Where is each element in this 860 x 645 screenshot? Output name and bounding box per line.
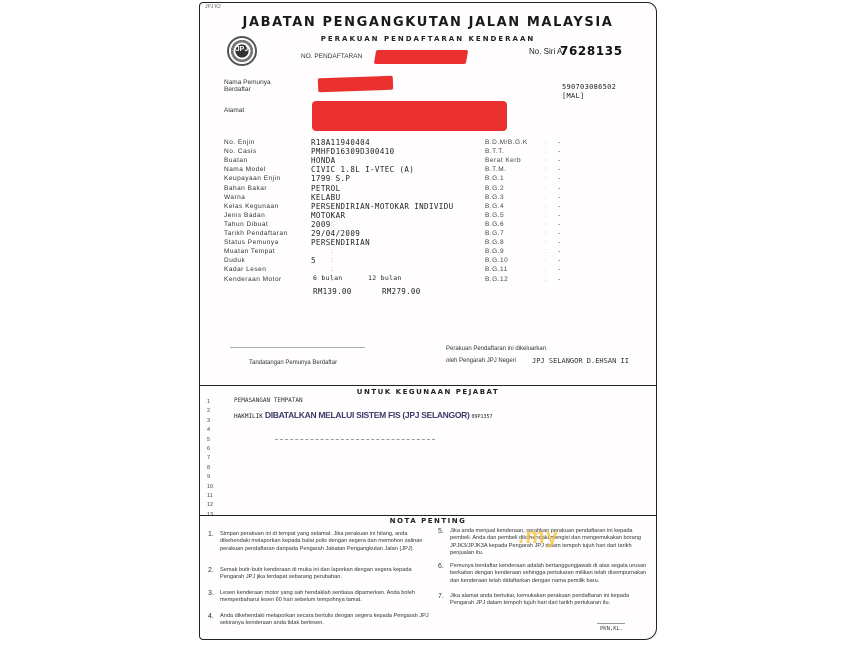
redacted-registration-number [374, 50, 468, 64]
nota-item-number: 6. [438, 563, 444, 570]
office-use-line-2: HAKMILIK DIBATALKAN MELALUI SISTEM FIS (… [234, 410, 493, 420]
weight-label: Berat Kerb [485, 157, 521, 164]
field-label: No. Casis [224, 148, 257, 155]
weight-field-row: B.G.2:- [485, 185, 504, 194]
nota-item-text: Lesen kenderaan motor yang sah hendaklah… [220, 590, 415, 603]
field-value: 29/04/2009 [311, 229, 360, 238]
weight-colon: : [545, 175, 547, 182]
vehicle-field-row: Muatan Tempat: [224, 248, 275, 257]
vehicle-field-row: Tarikh Pendaftaran:29/04/2009 [224, 230, 288, 239]
office-line-number: 5 [207, 437, 210, 443]
nota-item-number: 3. [208, 590, 214, 597]
field-colon: : [331, 266, 333, 273]
weight-colon: : [545, 139, 547, 146]
weight-label: B.G.5 [485, 212, 504, 219]
nota-item-text: Semak butir-butir kenderaan di muka ini … [220, 567, 412, 580]
field-label: Kelas Kegunaan [224, 203, 279, 210]
owner-label: Nama Pemunya Berdaftar [224, 79, 271, 93]
office-line-number: 3 [207, 418, 210, 424]
weight-field-row: B.G.10:- [485, 257, 508, 266]
weight-value: - [558, 203, 561, 210]
vehicle-field-row: No. Casis:PMHFD16309D300410 [224, 148, 257, 157]
field-value: 2009 [311, 220, 331, 229]
nota-item: 3.Lesen kenderaan motor yang sah hendakl… [220, 590, 435, 605]
weight-value: - [558, 221, 561, 228]
field-label: Keupayaan Enjin [224, 175, 281, 182]
nota-item-number: 5. [438, 528, 444, 535]
office-use-heading: UNTUK KEGUNAAN PEJABAT [200, 388, 656, 396]
weight-colon: : [545, 230, 547, 237]
nota-item-number: 4. [208, 613, 214, 620]
office-use-divider [200, 385, 656, 386]
weight-label: B.T.T. [485, 148, 504, 155]
nota-item-text: Anda dikehendaki melaporkan secara bertu… [220, 613, 429, 626]
office-line-number: 6 [207, 446, 210, 452]
weight-value: - [558, 248, 561, 255]
vehicle-field-row: Kenderaan Motor: [224, 276, 282, 285]
road-tax-12-months-amount: RM279.00 [382, 287, 421, 296]
weight-value: - [558, 175, 561, 182]
weight-label: B.G.11 [485, 266, 508, 273]
field-label: No. Enjin [224, 139, 255, 146]
owner-id-number: 590703086502 [562, 83, 616, 91]
vehicle-registration-certificate: JPJ K2 JABATAN PENGANGKUTAN JALAN MALAYS… [199, 2, 657, 640]
field-label: Duduk [224, 257, 245, 264]
vehicle-field-row: Bahan Bakar:PETROL [224, 185, 267, 194]
weight-field-row: B.G.6:- [485, 221, 504, 230]
vehicle-field-row: Duduk:5 [224, 257, 245, 266]
field-label: Kenderaan Motor [224, 276, 282, 283]
faint-print-line [275, 439, 435, 440]
issued-by-line-1: Perakuan Pendaftaran ini dikeluarkan [446, 346, 546, 352]
nota-divider [200, 515, 656, 516]
weight-field-row: B.D.M/B.G.K:- [485, 139, 528, 148]
nota-item: 1.Simpan perakuan ini di tempat yang sel… [220, 531, 435, 553]
redacted-address [312, 101, 507, 131]
serial-number: 7628135 [560, 44, 623, 58]
office-line-number: 2 [207, 408, 210, 414]
field-value: 5 [311, 256, 316, 265]
nota-item-number: 2. [208, 567, 214, 574]
weight-field-row: B.G.3:- [485, 194, 504, 203]
weight-colon: : [545, 266, 547, 273]
field-label: Bahan Bakar [224, 185, 267, 192]
weight-label: B.G.7 [485, 230, 504, 237]
footer-line [597, 623, 625, 624]
office-line-number: 12 [207, 502, 213, 508]
field-label: Buatan [224, 157, 248, 164]
weight-colon: : [545, 276, 547, 283]
weight-field-row: B.G.1:- [485, 175, 504, 184]
weight-label: B.G.1 [485, 175, 504, 182]
weight-label: B.G.4 [485, 203, 504, 210]
weight-colon: : [545, 257, 547, 264]
weight-value: - [558, 239, 561, 246]
weight-colon: : [545, 239, 547, 246]
footer-code: PKN,KL. [600, 626, 623, 632]
field-value: PMHFD16309D300410 [311, 147, 395, 156]
weight-colon: : [545, 212, 547, 219]
weight-label: B.T.M. [485, 166, 506, 173]
weight-colon: : [545, 185, 547, 192]
field-colon: : [331, 248, 333, 255]
vehicle-field-row: Warna:KELABU [224, 194, 245, 203]
weight-value: - [558, 276, 561, 283]
field-label: Status Pemunya [224, 239, 279, 246]
field-label: Jenis Badan [224, 212, 265, 219]
weight-field-row: B.G.12:- [485, 276, 508, 285]
address-label: Alamat [224, 107, 244, 114]
weight-field-row: B.T.T.:- [485, 148, 504, 157]
nota-item: 4.Anda dikehendaki melaporkan secara ber… [220, 613, 435, 628]
owner-signature-label: Tandatangan Pemunya Berdaftar [249, 360, 337, 366]
field-value: PERSENDIRIAN [311, 238, 370, 247]
nota-item-text: Simpan perakuan ini di tempat yang selam… [220, 531, 422, 552]
office-use-line-1: PEMASANGAN TEMPATAN [234, 397, 303, 404]
weight-value: - [558, 148, 561, 155]
field-label: Nama Model [224, 166, 266, 173]
weight-colon: : [545, 203, 547, 210]
issuing-office: JPJ SELANGOR D.EHSAN II [532, 357, 629, 365]
ownership-suffix: 09P1357 [471, 414, 492, 420]
registration-label: NO. PENDAFTARAN [301, 53, 362, 60]
road-tax-6-months-label: 6 bulan [313, 274, 343, 282]
field-value: PETROL [311, 184, 341, 193]
road-tax-6-months-amount: RM139.00 [313, 287, 352, 296]
weight-colon: : [545, 166, 547, 173]
nota-item-text: Jika alamat anda bertukar, kemukakan per… [450, 593, 629, 606]
document-title: JABATAN PENGANGKUTAN JALAN MALAYSIA [200, 15, 656, 30]
vehicle-field-row: No. Enjin:R18A11940404 [224, 139, 255, 148]
vehicle-field-row: Keupayaan Enjin:1799 S.P [224, 175, 281, 184]
vehicle-field-row: Kadar Lesen: [224, 266, 266, 275]
document-subtitle: PERAKUAN PENDAFTARAN KENDERAAN [200, 35, 656, 43]
vehicle-field-row: Kelas Kegunaan:PERSENDIRIAN-MOTOKAR INDI… [224, 203, 279, 212]
office-line-number: 10 [207, 484, 213, 490]
weight-field-row: B.G.8:- [485, 239, 504, 248]
field-label: Tahun Dibuat [224, 221, 268, 228]
vehicle-field-row: Jenis Badan:MOTOKAR [224, 212, 265, 221]
field-colon: : [331, 257, 333, 264]
nota-item: 7.Jika alamat anda bertukar, kemukakan p… [450, 593, 648, 608]
weight-value: - [558, 266, 561, 273]
weight-value: - [558, 257, 561, 264]
field-value: HONDA [311, 156, 336, 165]
field-label: Warna [224, 194, 245, 201]
weight-label: B.G.2 [485, 185, 504, 192]
office-line-number: 1 [207, 399, 210, 405]
nota-item: 6.Pemunya berdaftar kenderaan adalah ber… [450, 563, 648, 585]
weight-label: B.G.12 [485, 276, 508, 283]
weight-value: - [558, 230, 561, 237]
owner-id-suffix: [MAL] [562, 92, 585, 100]
weight-value: - [558, 166, 561, 173]
weight-value: - [558, 157, 561, 164]
office-line-number: 7 [207, 455, 210, 461]
field-label: Tarikh Pendaftaran [224, 230, 288, 237]
owner-label-line-1: Nama Pemunya [224, 79, 271, 86]
watermark: .my [518, 523, 559, 549]
weight-label: B.G.6 [485, 221, 504, 228]
weight-label: B.G.10 [485, 257, 508, 264]
office-line-number: 8 [207, 465, 210, 471]
weight-field-row: B.G.9:- [485, 248, 504, 257]
weight-label: B.G.3 [485, 194, 504, 201]
weight-colon: : [545, 157, 547, 164]
field-value: CIVIC 1.8L I-VTEC (A) [311, 165, 414, 174]
field-value: PERSENDIRIAN-MOTOKAR INDIVIDU [311, 202, 454, 211]
weight-colon: : [545, 148, 547, 155]
logo-text: JPJ [229, 46, 255, 53]
signature-line [230, 347, 365, 348]
office-line-number: 11 [207, 493, 213, 499]
nota-item: 2.Semak butir-butir kenderaan di muka in… [220, 567, 435, 582]
weight-field-row: B.T.M.:- [485, 166, 506, 175]
weight-label: B.D.M/B.G.K [485, 139, 528, 146]
weight-value: - [558, 194, 561, 201]
field-value: MOTOKAR [311, 211, 345, 220]
vehicle-field-row: Nama Model:CIVIC 1.8L I-VTEC (A) [224, 166, 266, 175]
field-value: KELABU [311, 193, 341, 202]
form-code: JPJ K2 [205, 4, 221, 10]
vehicle-field-row: Status Pemunya:PERSENDIRIAN [224, 239, 279, 248]
road-tax-12-months-label: 12 bulan [368, 274, 402, 282]
weight-colon: : [545, 221, 547, 228]
weight-field-row: B.G.5:- [485, 212, 504, 221]
field-value: 1799 S.P [311, 174, 350, 183]
serial-label: No. Siri A [529, 47, 562, 56]
nota-heading: NOTA PENTING [200, 517, 656, 525]
weight-value: - [558, 139, 561, 146]
weight-label: B.G.9 [485, 248, 504, 255]
weight-field-row: B.G.4:- [485, 203, 504, 212]
field-colon: : [331, 221, 333, 228]
weight-field-row: Berat Kerb:- [485, 157, 521, 166]
office-line-number: 4 [207, 427, 210, 433]
weight-colon: : [545, 194, 547, 201]
issued-by-line-2: oleh Pengarah JPJ Negeri [446, 358, 516, 364]
owner-label-line-2: Berdaftar [224, 86, 271, 93]
nota-item-number: 1. [208, 531, 214, 538]
field-label: Muatan Tempat [224, 248, 275, 255]
field-value: R18A11940404 [311, 138, 370, 147]
weight-value: - [558, 212, 561, 219]
jpj-logo-icon: JPJ [227, 36, 257, 66]
field-label: Kadar Lesen [224, 266, 266, 273]
vehicle-field-row: Tahun Dibuat:2009 [224, 221, 268, 230]
weight-colon: : [545, 248, 547, 255]
weight-field-row: B.G.11:- [485, 266, 508, 275]
weight-label: B.G.8 [485, 239, 504, 246]
office-line-number: 9 [207, 474, 210, 480]
nota-item-text: Pemunya berdaftar kenderaan adalah berta… [450, 563, 646, 584]
redacted-owner-name [318, 76, 393, 93]
vehicle-field-row: Buatan:HONDA [224, 157, 248, 166]
nota-item-number: 7. [438, 593, 444, 600]
weight-field-row: B.G.7:- [485, 230, 504, 239]
cancellation-stamp: DIBATALKAN MELALUI SISTEM FIS (JPJ SELAN… [265, 410, 470, 420]
weight-value: - [558, 185, 561, 192]
ownership-prefix: HAKMILIK [234, 413, 263, 420]
